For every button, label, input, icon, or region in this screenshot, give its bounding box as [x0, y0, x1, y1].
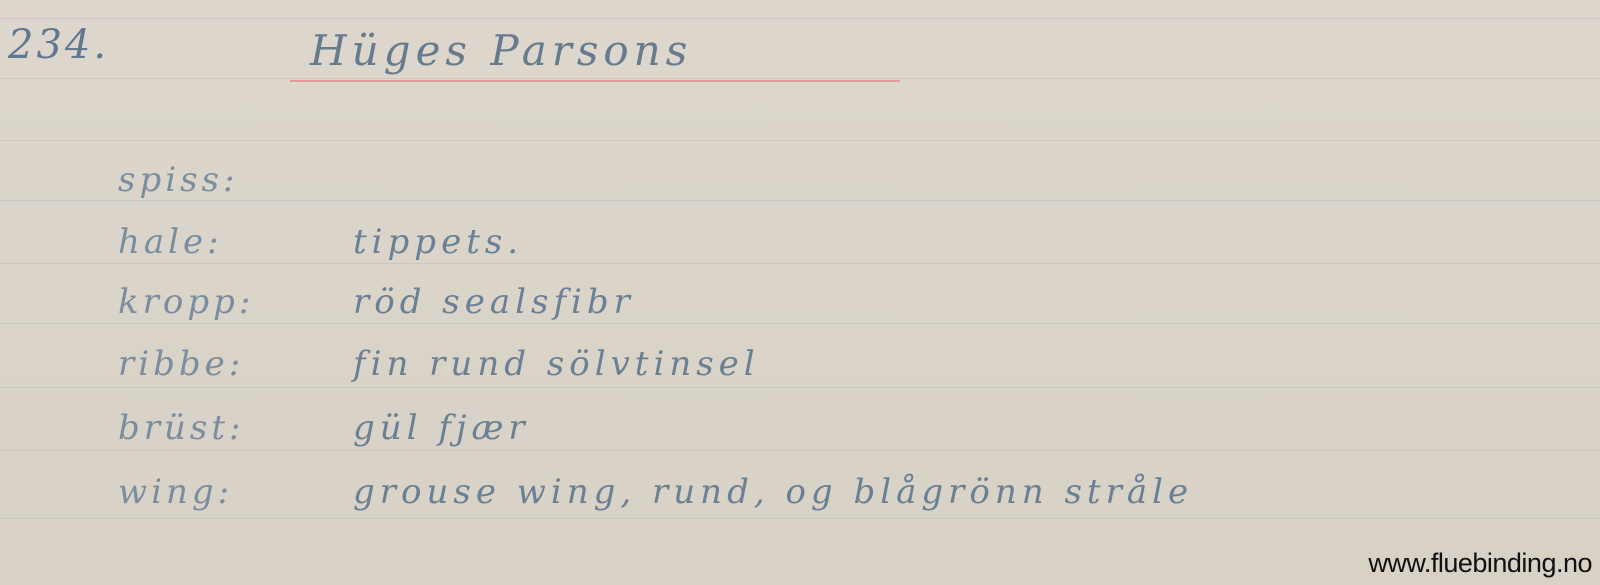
field-label: ribbe:	[118, 344, 244, 384]
field-label: spiss:	[118, 160, 238, 200]
field-value: tippets.	[353, 222, 523, 262]
notebook-page: 234. Hüges Parsons spiss: hale: tippets.…	[0, 0, 1600, 585]
ruled-line	[0, 518, 1600, 519]
field-value: grouse wing, rund, og blågrönn stråle	[353, 472, 1193, 512]
field-value: fin rund sölvtinsel	[353, 344, 760, 384]
ruled-line	[0, 323, 1600, 324]
field-value: röd sealsfibr	[353, 282, 635, 322]
entry-number: 234.	[8, 22, 109, 68]
watermark: www.fluebinding.no	[1368, 548, 1592, 579]
field-label: hale:	[118, 222, 223, 262]
ruled-line	[0, 78, 1600, 79]
field-label: kropp:	[118, 282, 254, 322]
field-value: gül fjær	[353, 408, 530, 448]
ruled-line	[0, 387, 1600, 388]
ruled-line	[0, 140, 1600, 141]
fly-title: Hüges Parsons	[310, 26, 692, 75]
field-label: wing:	[118, 472, 233, 512]
field-label: brüst:	[118, 408, 244, 448]
ruled-line	[0, 450, 1600, 451]
ruled-line	[0, 263, 1600, 264]
ruled-line	[0, 18, 1600, 19]
title-underline	[290, 80, 900, 82]
ruled-line	[0, 200, 1600, 201]
